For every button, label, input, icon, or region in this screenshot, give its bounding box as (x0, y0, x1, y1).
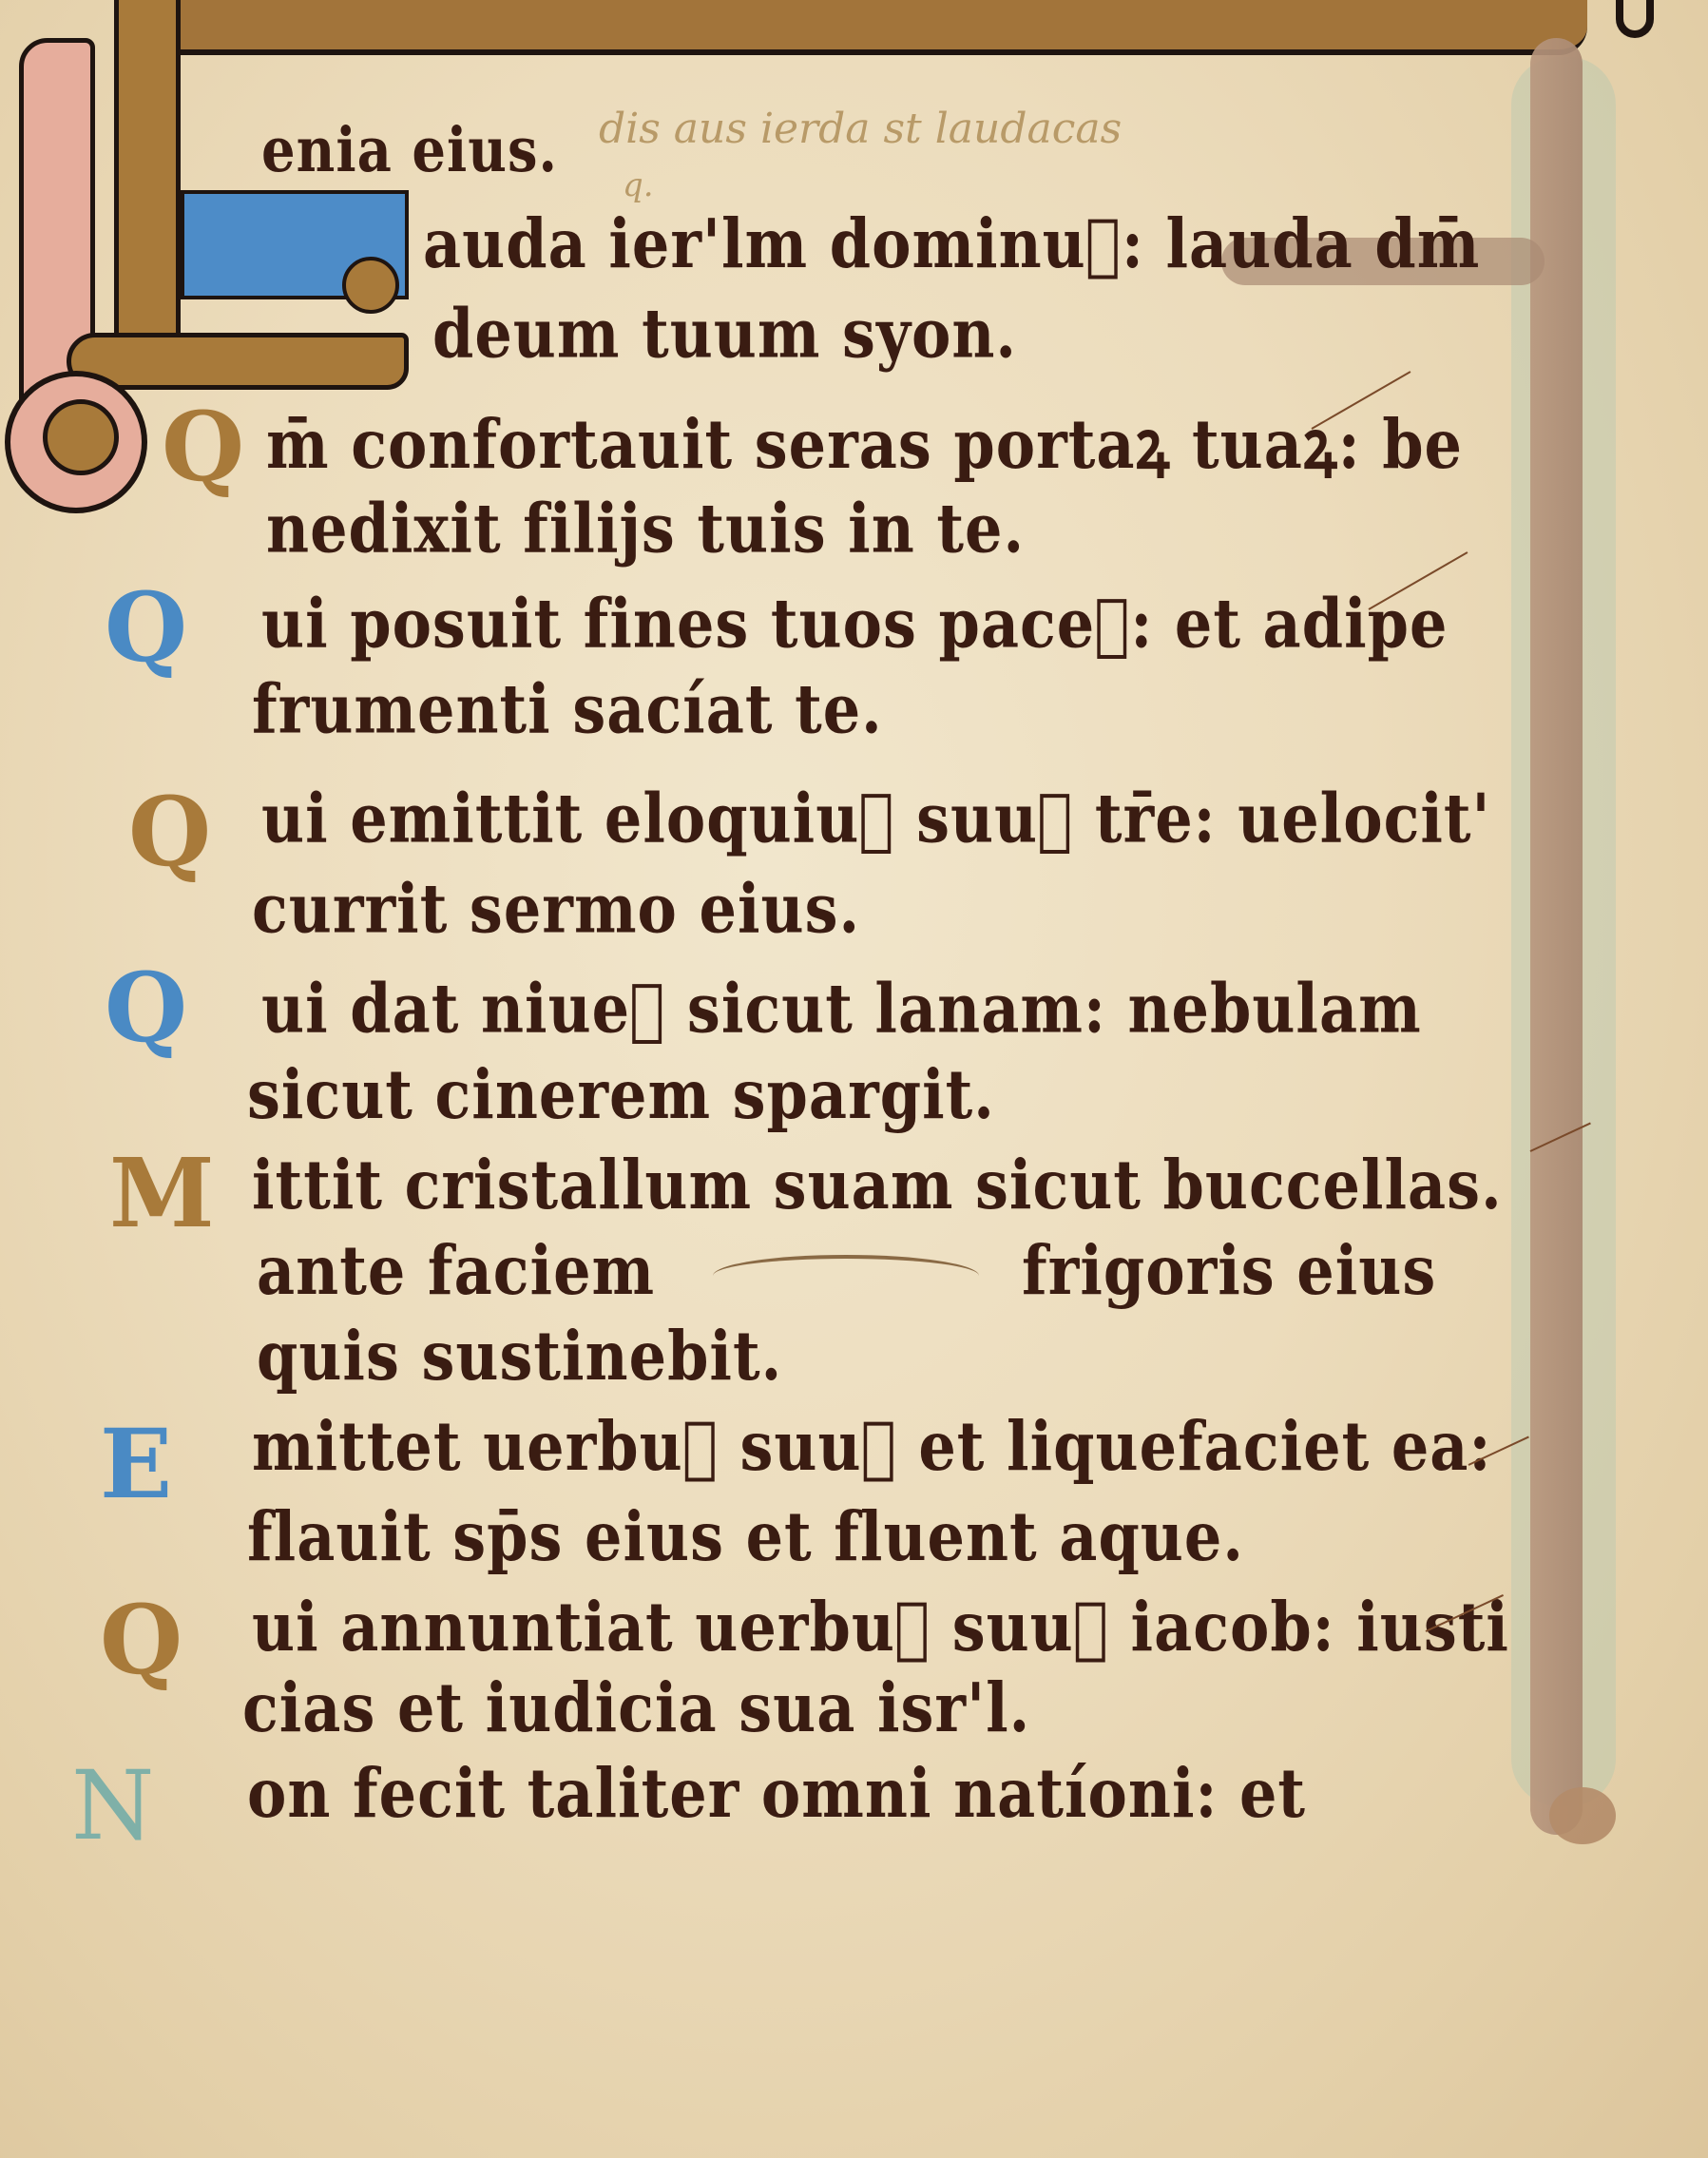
text-line-11: sicut cinerem spargit. (247, 1054, 995, 1134)
text-line-15: mittet uerbu᷑ suu᷑ et liquefaciet ea: (252, 1406, 1491, 1486)
text-line-5: nedixit filijs tuis in te. (266, 489, 1025, 568)
text-line-14: quis sustinebit. (257, 1316, 782, 1396)
text-line-6: ui posuit fines tuos pace᷒: et adipe (261, 584, 1448, 664)
marginal-gloss-2: q. (623, 166, 654, 204)
initial-q-blue-2: Q (105, 960, 187, 1055)
text-line-16: flauit sp̄s eius et fluent aque. (247, 1496, 1244, 1576)
text-line-13-right: frigoris eius (1022, 1230, 1436, 1310)
initial-l-gold-stem (114, 0, 181, 361)
text-line-1: enia eius. (261, 114, 558, 186)
text-line-7: frumenti sacíat te. (252, 669, 883, 749)
initial-n-teal: N (71, 1759, 155, 1854)
initial-frame-top-bar (143, 0, 1587, 55)
initial-q-gold-3: Q (100, 1592, 182, 1687)
marginal-gloss: dis aus ierda st laudacas (599, 105, 1122, 153)
initial-l-scroll-terminal (342, 257, 399, 314)
initial-l-gold-curl (43, 399, 119, 475)
line-filler-stroke (713, 1255, 979, 1297)
text-line-17: ui annuntiat uerbu᷑ suu᷑ iacob: iusti (252, 1587, 1509, 1667)
margin-bar-knob (1549, 1787, 1616, 1844)
text-line-12: ittit cristallum suam sicut buccellas. (252, 1145, 1503, 1224)
text-line-18: cias et iudicia sua isr'l. (242, 1667, 1030, 1747)
initial-q-gold: Q (162, 399, 244, 494)
text-line-9: currit sermo eius. (252, 869, 860, 949)
margin-bar (1530, 38, 1583, 1835)
frame-terminal-curl (1616, 0, 1654, 38)
initial-q-blue: Q (105, 580, 187, 675)
text-line-2: auda ier'lm dominu᷑: lauda dm̄ (423, 203, 1480, 283)
text-line-13-left: ante faciem (257, 1230, 655, 1310)
text-line-8: ui emittit eloquiu᷑ suu᷑ tr̄e: uelocit' (261, 779, 1491, 858)
initial-l-gold-foot (67, 333, 409, 390)
initial-m-gold: M (109, 1146, 215, 1241)
initial-q-gold-2: Q (128, 784, 211, 879)
text-line-19: on fecit taliter omni natíoni: et (247, 1753, 1306, 1833)
text-line-3: deum tuum syon. (432, 294, 1017, 374)
text-line-4: m̄ confortauit seras portaꝝ tuaꝝ: be (266, 396, 1463, 489)
text-line-10: ui dat niue᷑ sicut lanam: nebulam (261, 969, 1422, 1049)
initial-e-blue: E (100, 1416, 172, 1512)
manuscript-page: dis aus ierda st laudacas q. enia eius. … (0, 0, 1708, 2158)
